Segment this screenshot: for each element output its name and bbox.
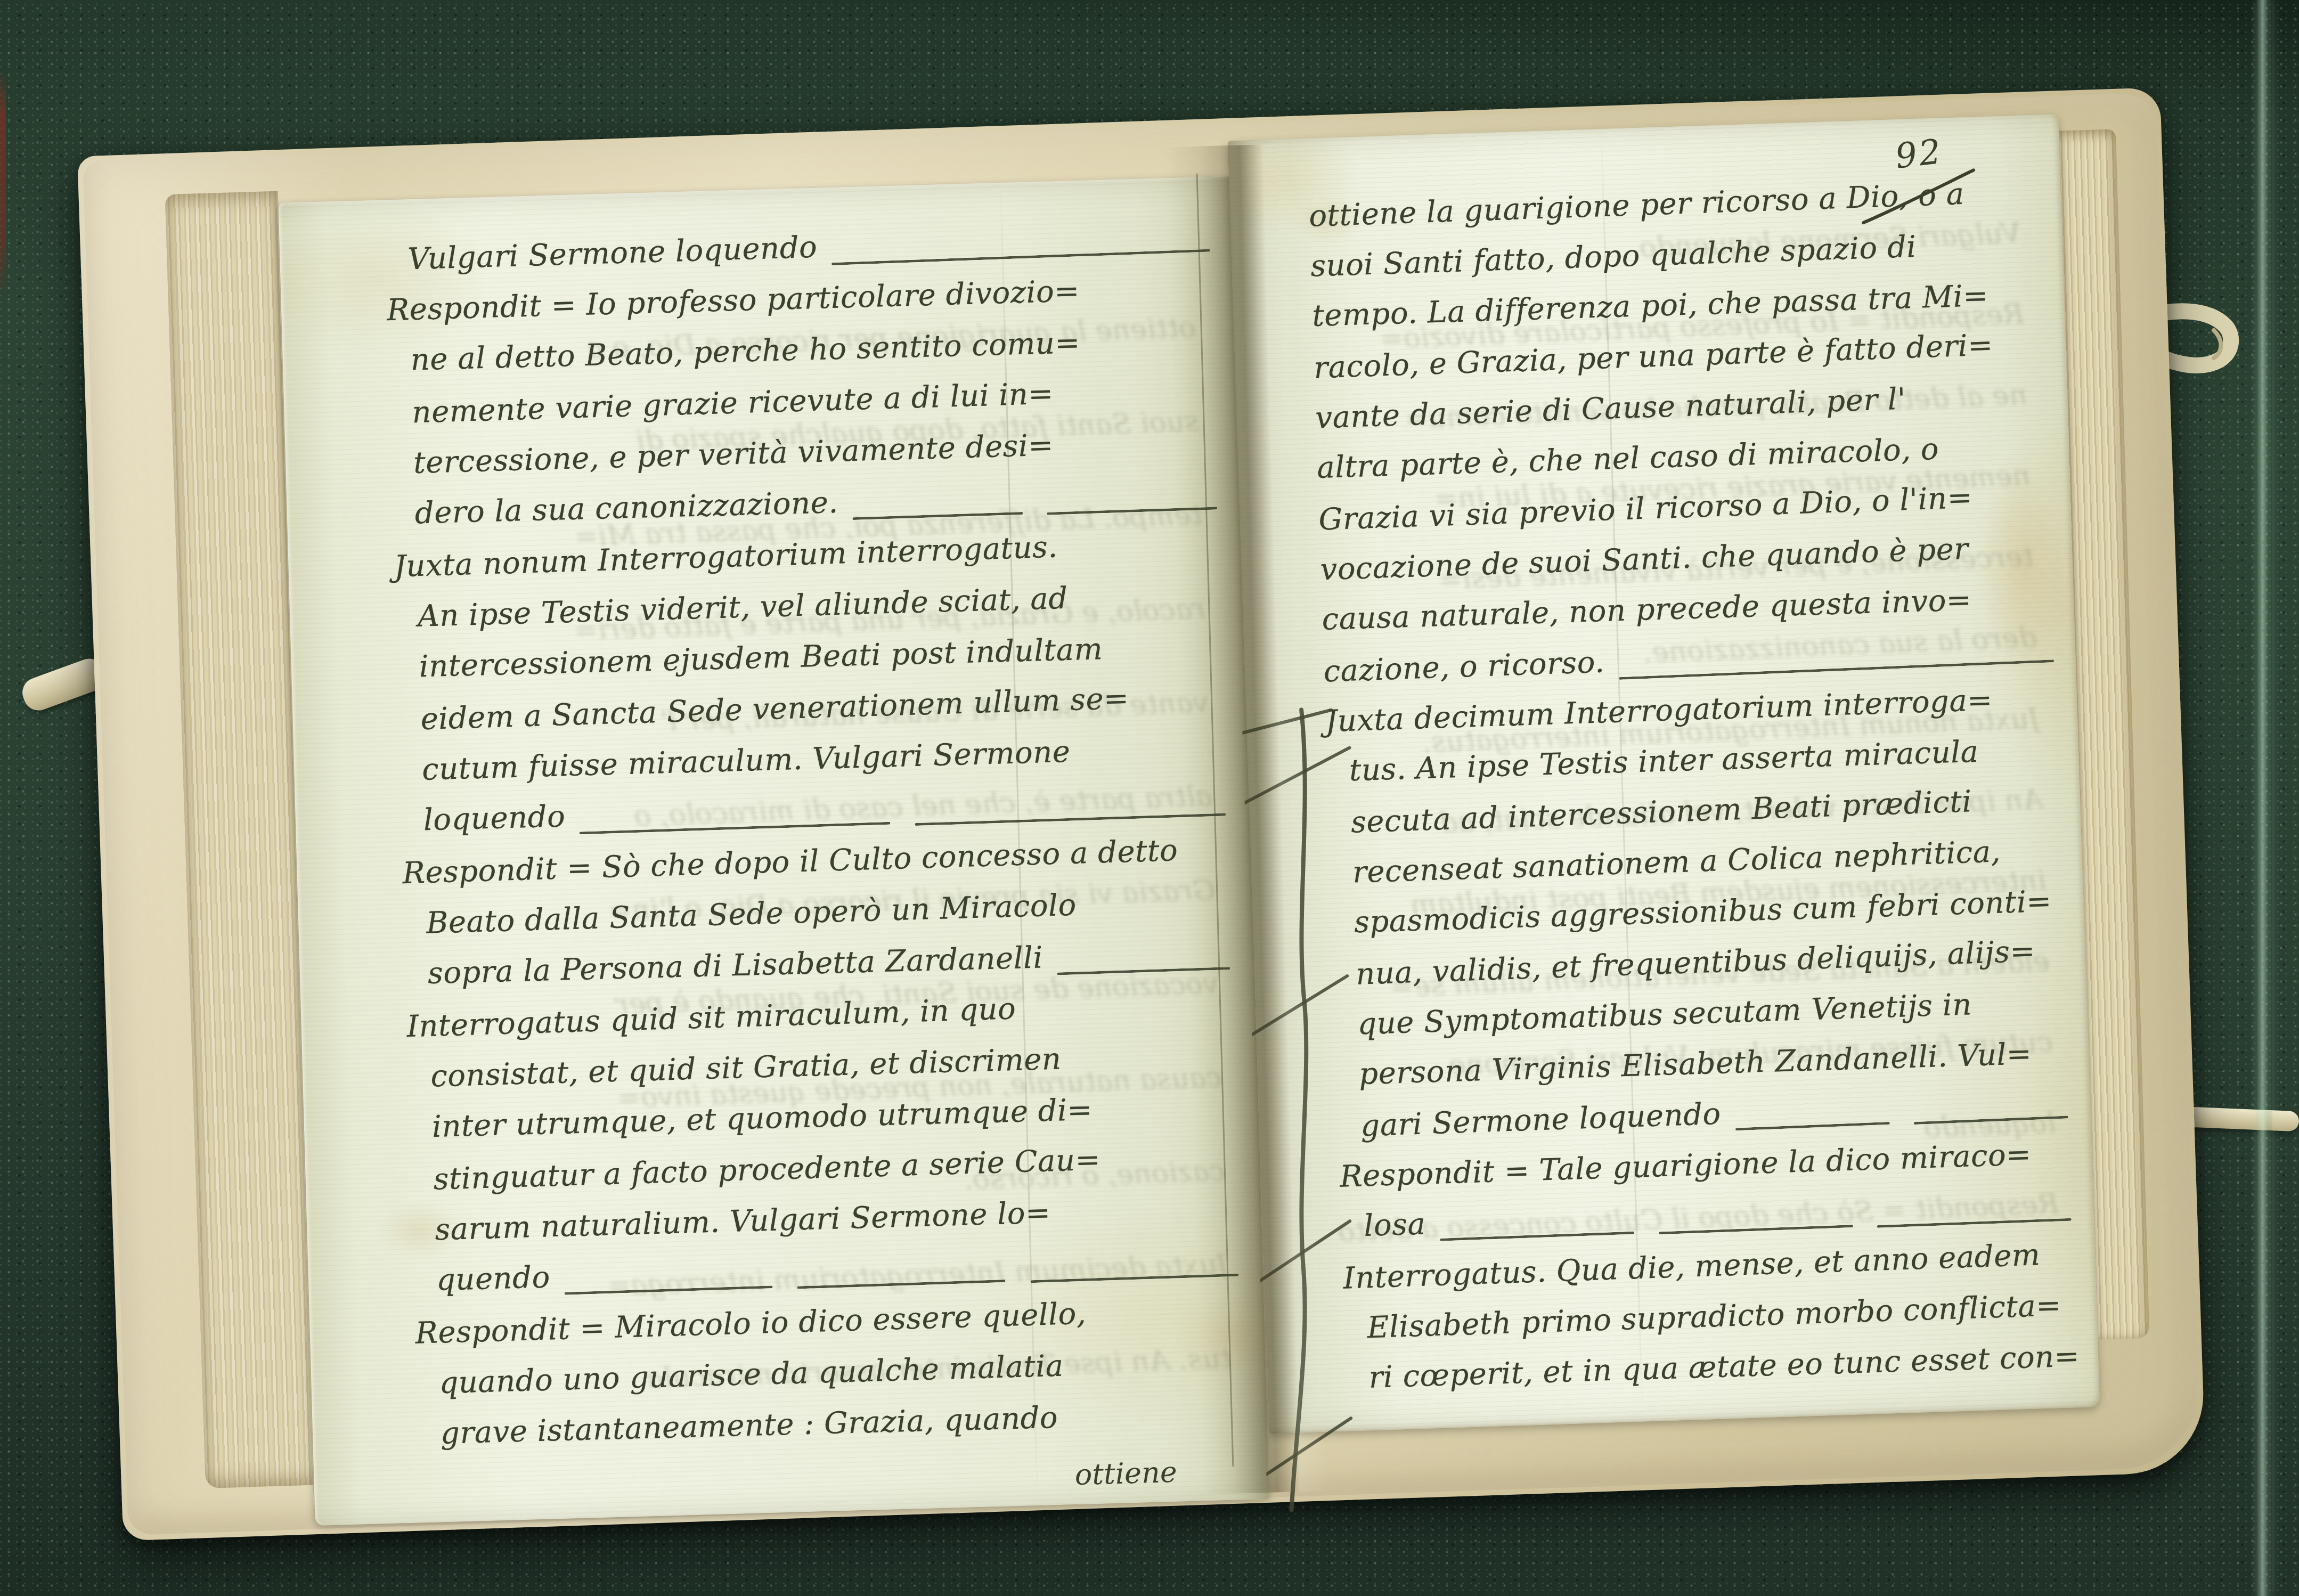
ink-rule [564,1285,772,1294]
left-page-text: Vulgari Sermone loquendoRespondit = Io p… [385,211,1254,1461]
manuscript-photo: ottiene la guarigione per ricorso a Dio,… [0,0,2299,1596]
photo-edge-artifact [0,69,6,298]
margin-annotation-mark [1242,702,1429,1548]
open-book: ottiene la guarigione per ricorso a Dio,… [60,28,2225,1557]
manuscript-line-text: loquendo [423,791,566,846]
ink-rule [1735,1122,1890,1131]
ink-rule [797,1280,1006,1289]
right-page-text: ottiene la guarigione per ricorso a Dio,… [1308,167,2088,1405]
ink-rule [852,512,1023,520]
manuscript-line-text: quendo [436,1252,551,1306]
ink-rule [915,813,1226,826]
ink-rule [1440,1231,1634,1241]
right-page: Vulgari Sermone loquendoRespondit = Io p… [1228,114,2100,1434]
manuscript-line-text: cazione, o ricorso. [1323,637,1605,697]
catchword: ottiene [1074,1455,1178,1492]
ink-rule [1659,1225,1853,1234]
ink-rule [1914,1115,2068,1125]
glass-strip [2256,0,2272,1596]
ink-rule [1047,507,1218,515]
ink-rule [1057,967,1230,975]
ink-rule [1877,1218,2072,1228]
ink-rule [1030,1274,1238,1283]
ink-rule [580,822,891,835]
left-page: ottiene la guarigione per ricorso a Dio,… [277,176,1269,1526]
ink-rule [831,249,1210,265]
